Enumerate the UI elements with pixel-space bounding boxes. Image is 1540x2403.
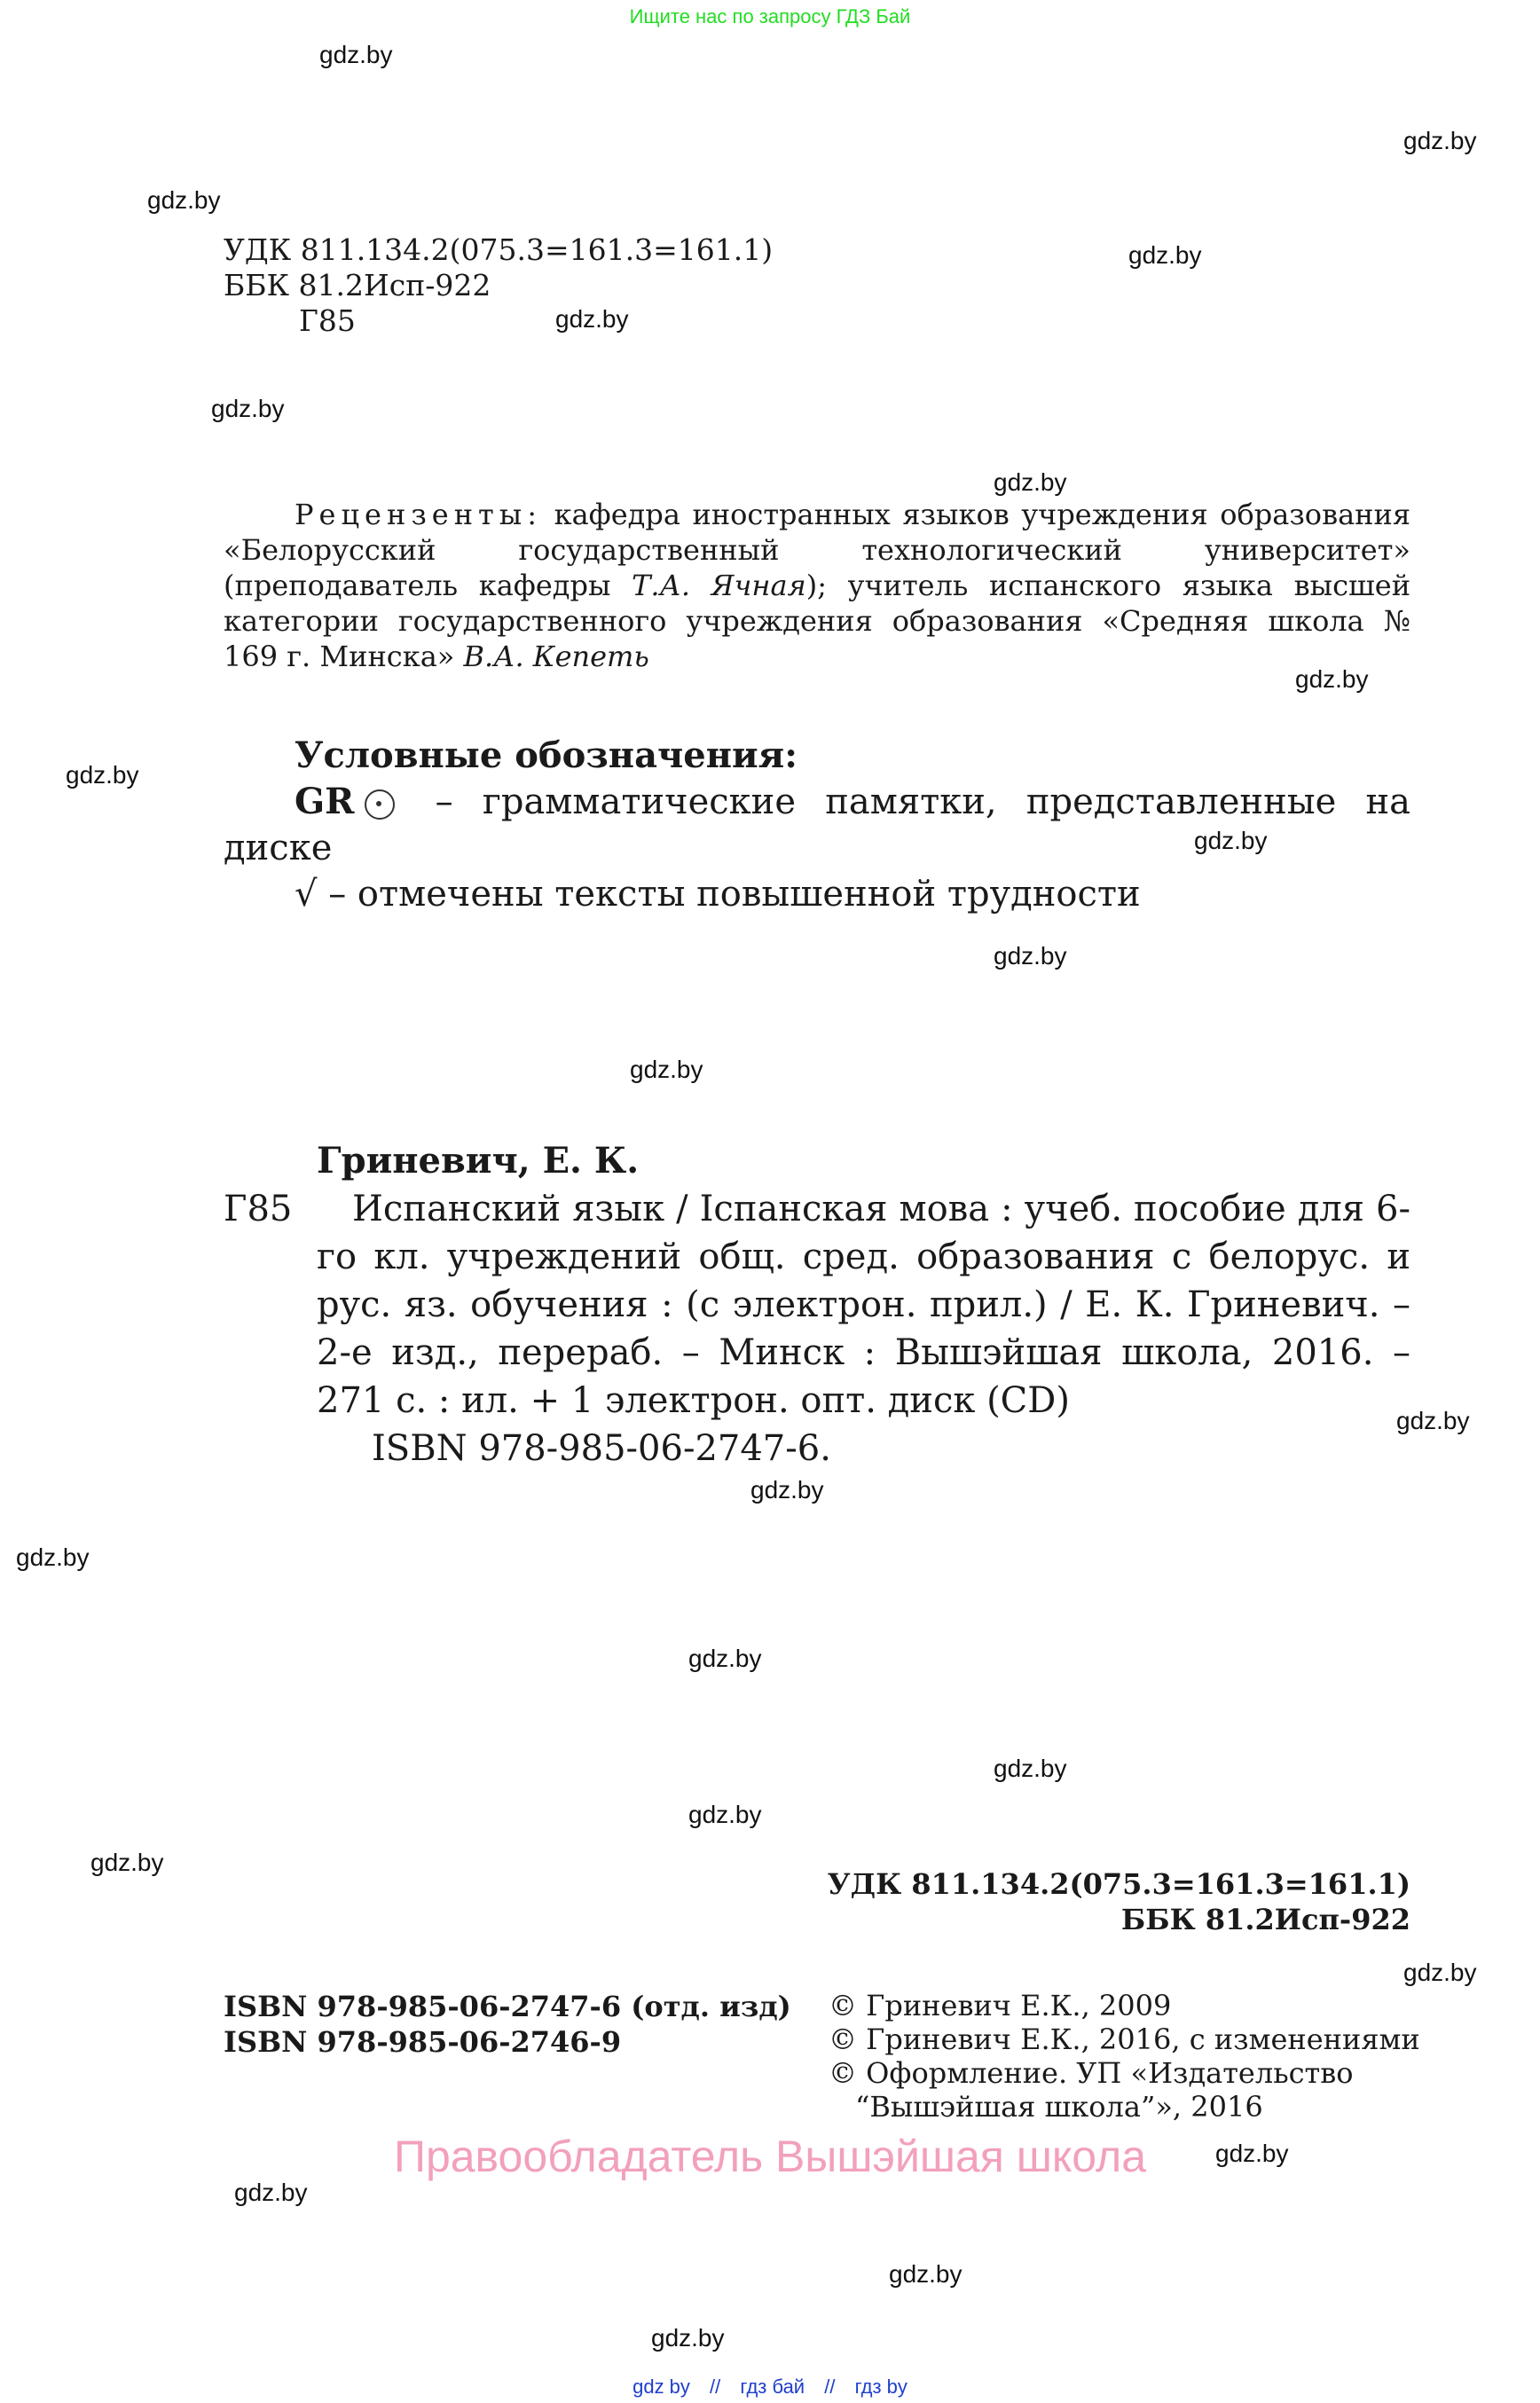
watermark: gdz.by (211, 395, 285, 423)
bottom-links: gdz by // гдз бай // гдз by (0, 2376, 1540, 2399)
link-gdz-by[interactable]: gdz by (632, 2376, 690, 2398)
watermark: gdz.by (319, 41, 393, 69)
copyright-item: “Вышэйшая школа”», 2016 (829, 2090, 1420, 2124)
isbn-item: ISBN 978-985-06-2746-9 (224, 2024, 791, 2060)
watermark: gdz.by (16, 1543, 90, 1572)
author-heading: Гриневич, Е. К. (224, 1137, 1410, 1185)
reviewer-name: Т.А. Ячная (632, 569, 806, 602)
link-gdz-by-cyr[interactable]: гдз by (855, 2376, 907, 2398)
footer-classification-codes: УДК 811.134.2(075.3=161.3=161.1) ББК 81.… (828, 1866, 1410, 1937)
search-banner: Ищите нас по запросу ГДЗ Бай (0, 5, 1540, 28)
watermark: gdz.by (1403, 1959, 1477, 1987)
watermark: gdz.by (90, 1849, 164, 1877)
bibliographic-record: Гриневич, Е. К. Г85 Испанский язык / Ісп… (224, 1137, 1410, 1472)
copyright-item: © Гриневич Е.К., 2009 (829, 1989, 1420, 2022)
watermark: gdz.by (234, 2179, 308, 2207)
isbn-item: ISBN 978-985-06-2747-6 (отд. изд) (224, 1989, 791, 2024)
book-description: Испанский язык / Іспанская мова : учеб. … (317, 1185, 1410, 1425)
isbn-list: ISBN 978-985-06-2747-6 (отд. изд) ISBN 9… (224, 1989, 791, 2060)
watermark: gdz.by (750, 1476, 824, 1504)
author-code: Г85 (224, 303, 773, 339)
copyright-item: © Оформление. УП «Издательство (829, 2056, 1420, 2090)
watermark: gdz.by (1128, 241, 1202, 270)
rights-holder-watermark: Правообладатель Вышэйшая школа (0, 2131, 1540, 2182)
disc-icon (365, 789, 395, 820)
watermark: gdz.by (66, 761, 139, 789)
copyright-item: © Гриневич Е.К., 2016, с изменениями (829, 2022, 1420, 2056)
difficulty-description: – отмечены тексты повышенной трудности (318, 874, 1141, 915)
watermark: gdz.by (688, 1801, 762, 1829)
legend-section: Условные обозначения: GR – грамматически… (224, 733, 1410, 917)
legend-item-gr: GR – грамматические памятки, представлен… (224, 779, 1410, 871)
isbn-line: ISBN 978-985-06-2747-6. (224, 1425, 1410, 1472)
link-gdz-bai[interactable]: гдз бай (740, 2376, 805, 2398)
legend-item-difficulty: √ – отмечены тексты повышенной трудности (224, 871, 1410, 917)
reviewer-name: В.А. Кепеть (464, 640, 649, 673)
legend-title: Условные обозначения: (224, 733, 1410, 779)
bbk-code: ББК 81.2Исп-922 (224, 268, 773, 303)
udk-code: УДК 811.134.2(075.3=161.3=161.1) (224, 232, 773, 268)
watermark: gdz.by (1403, 127, 1477, 155)
separator: // (710, 2376, 720, 2398)
reviewers-paragraph: Рецензенты: кафедра иностранных языков у… (224, 497, 1410, 674)
separator: // (824, 2376, 835, 2398)
author-code: Г85 (224, 1185, 317, 1425)
gr-label: GR (295, 781, 354, 822)
checkmark-root-icon: √ (295, 874, 318, 915)
watermark: gdz.by (994, 1755, 1067, 1783)
watermark: gdz.by (651, 2324, 725, 2352)
watermark: gdz.by (688, 1645, 762, 1673)
gr-description: – грамматические памятки, представленные… (224, 781, 1410, 868)
bbk-code: ББК 81.2Исп-922 (828, 1902, 1410, 1937)
watermark: gdz.by (994, 468, 1067, 497)
watermark: gdz.by (630, 1056, 703, 1084)
watermark: gdz.by (994, 942, 1067, 970)
reviewers-label: Рецензенты: (224, 498, 542, 531)
udk-code: УДК 811.134.2(075.3=161.3=161.1) (828, 1866, 1410, 1902)
watermark: gdz.by (889, 2260, 962, 2289)
classification-codes: УДК 811.134.2(075.3=161.3=161.1) ББК 81.… (224, 232, 773, 339)
copyright-list: © Гриневич Е.К., 2009 © Гриневич Е.К., 2… (829, 1989, 1420, 2124)
watermark: gdz.by (147, 186, 221, 215)
